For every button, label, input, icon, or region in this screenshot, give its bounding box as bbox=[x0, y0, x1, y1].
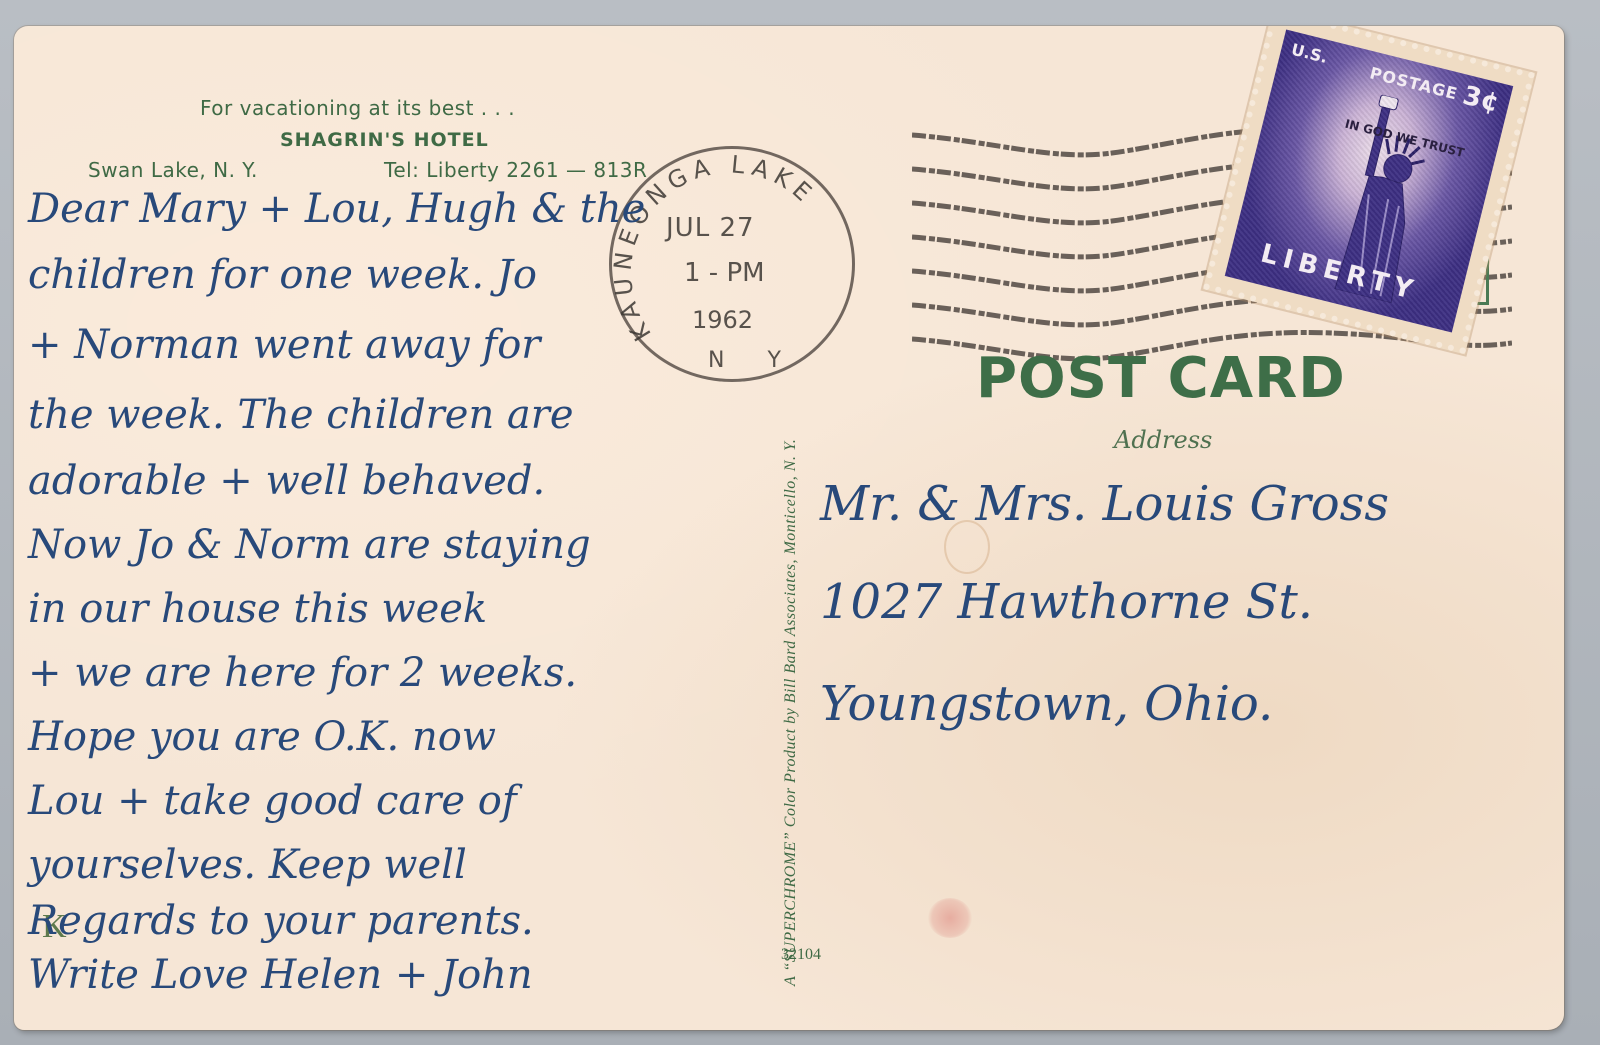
hotel-tagline: For vacationing at its best . . . bbox=[200, 96, 515, 120]
card-number: 32104 bbox=[781, 946, 821, 964]
recipient-street: 1027 Hawthorne St. bbox=[820, 574, 1313, 630]
postmark-time: 1 - PM bbox=[684, 258, 765, 288]
hotel-location: Swan Lake, N. Y. bbox=[88, 158, 258, 182]
message-line: Hope you are O.K. now bbox=[28, 714, 496, 760]
message-line: Now Jo & Norm are staying bbox=[28, 522, 591, 568]
message-line: in our house this week bbox=[28, 586, 487, 632]
message-line: Write Love Helen + John bbox=[28, 952, 533, 998]
address-label: Address bbox=[1114, 426, 1212, 454]
postmark-year: 1962 bbox=[692, 306, 753, 334]
message-line: Regards to your parents. bbox=[28, 898, 534, 944]
postmark-date: JUL 27 bbox=[666, 213, 755, 243]
message-line: adorable + well behaved. bbox=[28, 458, 545, 504]
recipient-name: Mr. & Mrs. Louis Gross bbox=[820, 476, 1389, 532]
hotel-name: SHAGRIN'S HOTEL bbox=[280, 129, 489, 151]
post-card-title: POST CARD bbox=[976, 346, 1346, 411]
hotel-telephone: Tel: Liberty 2261 — 813R bbox=[384, 158, 647, 182]
pink-stain bbox=[928, 898, 972, 938]
postcard: For vacationing at its best . . . SHAGRI… bbox=[14, 26, 1564, 1030]
message-line: Lou + take good care of bbox=[28, 778, 517, 824]
message-line: Dear Mary + Lou, Hugh & the bbox=[28, 186, 645, 232]
message-line: yourselves. Keep well bbox=[28, 842, 467, 888]
message-line: the week. The children are bbox=[28, 392, 574, 438]
message-line: children for one week. Jo bbox=[28, 252, 537, 298]
postmark-state: N Y bbox=[708, 348, 799, 373]
printer-credit: A “SUPERCHROME” Color Product by Bill Ba… bbox=[782, 439, 800, 986]
message-line: + we are here for 2 weeks. bbox=[28, 650, 577, 696]
message-line: + Norman went away for bbox=[28, 322, 540, 368]
recipient-city-state: Youngstown, Ohio. bbox=[820, 676, 1273, 732]
